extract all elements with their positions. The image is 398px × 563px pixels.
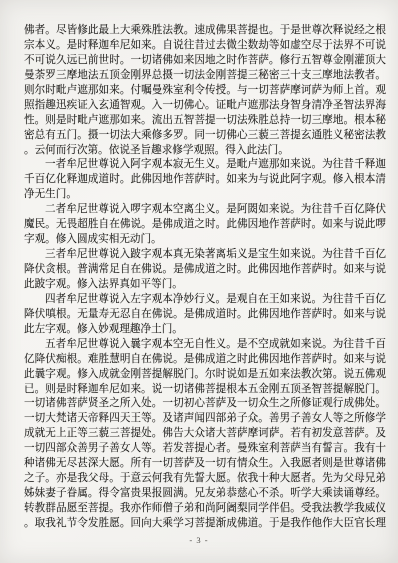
text-line: 五者牟尼世尊说入曩字观本空无自性义。是不空成就如来说。为往昔千百 [24,338,386,353]
sutra-text-block: 佛者。尽皆修此最上大乘殊胜法教。速成佛果菩提也。于是世尊次释说经之根 宗本义。是… [24,24,386,532]
text-line: 亿降伏痴根。难胜慧明自在佛说。是佛成道之时此佛因地作菩萨时。如来与说 [24,353,386,368]
text-line: 此左字观。修入妙观理趣净土门。 [24,323,386,338]
text-line: 降伏贪根。普满常足自在佛说。是佛成道之时。此佛因地作菩萨时。如来与说 [24,263,386,278]
text-line: 降伏嗔根。无量寿无忍自在佛说。是佛成道时。此佛因地作菩萨时。如来与说 [24,308,386,323]
text-line: 魔民。无畏超胜自在佛说。是佛成道之时。此佛因地作菩萨时。如来与说此啰 [24,218,386,233]
text-line: 一切大梵诸天帝释四天王等。及诸声闻四部弟子众。善男子善女人等之所修学 [24,412,386,427]
text-line: 成就无上正等三藐三菩提处。佛告大众诸大菩萨摩诃萨。若有初发意菩萨。及 [24,427,386,442]
text-line: 一切四部众善男子善女人等。若发菩提心者。曼殊室利菩萨当有誓言。我有十 [24,442,386,457]
text-line: 则尔时毗卢遮那如来。付嘱曼殊室利令传授。与一切菩萨摩诃萨为师上首。观 [24,84,386,99]
text-line: 。取我礼节令发胜愿。回向大乘学习菩提渐成佛道。于是我作他作大臣官长理 [24,517,386,532]
text-line: 此曩字观。修入成就金刚菩提解脱门。尔时说如是五如来法教次第。说五佛观 [24,368,386,383]
text-line: 字观。修入圆成实相无动门。 [24,233,386,248]
text-line: 转教群品愿至菩提。我亦作师僧子弟和尚阿阇梨同学伴侣。受我法教学我威仪 [24,502,386,517]
text-line: 净无生门。 [24,188,386,203]
text-line: 。云何而行次第。依说圣旨趣求修学观照。得入此法门。 [24,144,386,159]
text-line: 千百亿化释迦成道时。此佛因地作菩萨时。如来为与说此阿字观。修入根本清 [24,173,386,188]
text-line: 一者牟尼世尊说入阿字观本寂无生义。是毗卢遮那如来说。为往昔千释迦 [24,158,386,173]
text-line: 性。则是时毗卢遮那如来。流出五智菩提一切法殊胜总持一切三摩地。根本秘 [24,114,386,129]
text-line: 曼荼罗三摩地法五顶金刚界总摄一切法金刚菩提三秘密三十支三摩地法教者。 [24,69,386,84]
text-line: 二者牟尼世尊说入啰字观本空离尘义。是阿閦如来说。为往昔千百亿降伏 [24,203,386,218]
text-line: 照指趣迅疾证入玄通智观。入一切佛心。证毗卢遮那法身智身清净圣智法界海 [24,99,386,114]
text-line: 密总有五门。摄一切法大乘修多罗。同一切佛心三藐三菩提玄通胜义秘密法教 [24,129,386,144]
text-line: 宗本义。是时释迦牟尼如来。自说往昔过去微尘数劫等如虚空尽于法界不可说 [24,39,386,54]
text-line: 三者牟尼世尊说入跛字观本真无染著离垢义是宝生如来说。为往昔千百亿 [24,248,386,263]
text-line: 不可说久远已前世时。一切诸佛如来因地之时作菩萨。修行五智尊金刚灌顶大 [24,54,386,69]
text-line: 之子。亦是我父母。于意云何我有先誓大愿。依我十种大愿者。先为父母兄弟 [24,472,386,487]
text-line: 已。则是时释迦牟尼如来。说一切诸佛菩提根本五金刚五顶圣智菩提解脱门。 [24,383,386,398]
text-line: 种诸佛无尽甚深大愿。所有一切菩萨及一切有情众生。入我愿者则是世尊诸佛 [24,457,386,472]
page-number: - 3 - [0,535,398,545]
text-line: 姊妹妻子眷属。得令富贵果报圆满。兄友弟恭慈心不杀。听学大乘读诵尊经。 [24,487,386,502]
text-line: 四者牟尼世尊说入左字观本净妙行义。是观自在王如来说。为往昔千百亿 [24,293,386,308]
text-line: 佛者。尽皆修此最上大乘殊胜法教。速成佛果菩提也。于是世尊次释说经之根 [24,24,386,39]
scanned-page: 佛者。尽皆修此最上大乘殊胜法教。速成佛果菩提也。于是世尊次释说经之根 宗本义。是… [0,0,398,563]
text-line: 一切诸佛菩萨贤圣之所入处。一切初心菩萨及一切众生之所修证观行成佛处。 [24,397,386,412]
text-line: 此跛字观。修入法界真如平等门。 [24,278,386,293]
